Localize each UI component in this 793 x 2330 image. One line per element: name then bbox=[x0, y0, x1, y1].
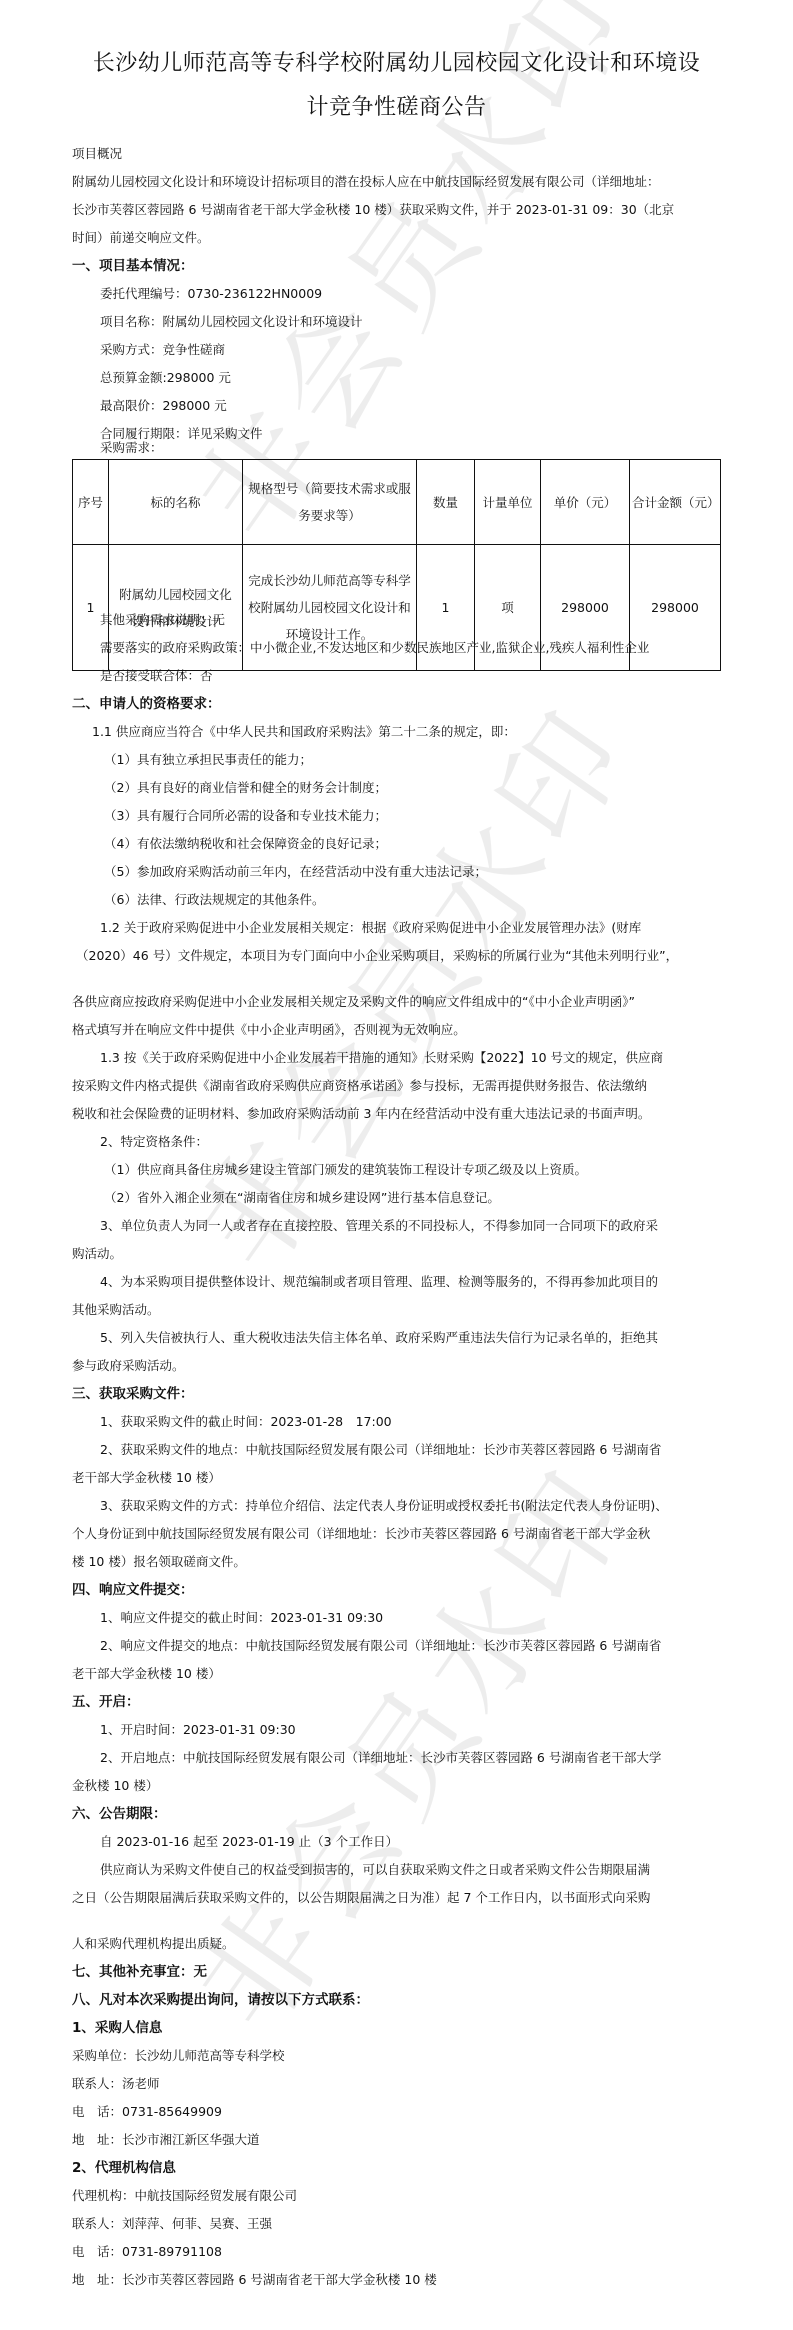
section-heading-4: 四、响应文件提交： bbox=[72, 1582, 722, 1598]
project-name: 项目名称：附属幼儿园校园文化设计和环境设计 bbox=[100, 314, 750, 330]
title-line-1: 长沙幼儿师范高等专科学校附属幼儿园校园文化设计和环境设 bbox=[40, 42, 753, 86]
paragraph: 其他采购活动。 bbox=[72, 1302, 722, 1318]
page-title: 长沙幼儿师范高等专科学校附属幼儿园校园文化设计和环境设 计竞争性磋商公告 bbox=[40, 42, 753, 130]
agency-name: 代理机构：中航技国际经贸发展有限公司 bbox=[72, 2188, 722, 2204]
purchaser-phone: 电 话：0731-85649909 bbox=[72, 2104, 722, 2120]
consortium: 是否接受联合体：否 bbox=[100, 668, 750, 684]
paragraph: 按采购文件内格式提供《湖南省政府采购供应商资格承诺函》参与投标，无需再提供财务报… bbox=[72, 1078, 722, 1094]
table-header-row: 序号 标的名称 规格型号（简要技术需求或服务要求等） 数量 计量单位 单价（元）… bbox=[73, 460, 721, 545]
header-cell: 计量单位 bbox=[475, 460, 541, 545]
section-heading-8: 八、凡对本次采购提出询问，请按以下方式联系： bbox=[72, 1992, 722, 2008]
agency-address: 地 址：长沙市芙蓉区蓉园路 6 号湖南省老干部大学金秋楼 10 楼 bbox=[72, 2272, 722, 2288]
condition-item: （1）具有独立承担民事责任的能力； bbox=[104, 752, 754, 768]
announcement-page: 非会员水印 非会员水印 非会员水印 长沙幼儿师范高等专科学校附属幼儿园校园文化设… bbox=[0, 0, 793, 2330]
overview-label: 项目概况 bbox=[72, 146, 722, 162]
header-cell: 序号 bbox=[73, 460, 109, 545]
condition-item: （6）法律、行政法规规定的其他条件。 bbox=[104, 892, 754, 908]
paragraph: 3、获取采购文件的方式：持单位介绍信、法定代表人身份证明或授权委托书(附法定代表… bbox=[100, 1498, 750, 1514]
paragraph: 2、响应文件提交的地点：中航技国际经贸发展有限公司（详细地址：长沙市芙蓉区蓉园路… bbox=[100, 1638, 750, 1654]
purchaser-address: 地 址：长沙市湘江新区华强大道 bbox=[72, 2132, 722, 2148]
section-heading-3: 三、获取采购文件： bbox=[72, 1386, 722, 1402]
overview-line: 长沙市芙蓉区蓉园路 6 号湖南省老干部大学金秋楼 10 楼）获取采购文件，并于 … bbox=[72, 202, 722, 218]
agency-contact: 联系人：刘萍萍、何菲、吴赛、王强 bbox=[72, 2216, 722, 2232]
announcement-period: 自 2023-01-16 起至 2023-01-19 止（3 个工作日） bbox=[100, 1834, 750, 1850]
section-heading-1: 一、项目基本情况： bbox=[72, 258, 722, 274]
procurement-method: 采购方式：竞争性磋商 bbox=[100, 342, 750, 358]
qualification-item: （2）省外入湘企业须在“湖南省住房和城乡建设网”进行基本信息登记。 bbox=[104, 1190, 754, 1206]
paragraph: 各供应商应按政府采购促进中小企业发展相关规定及采购文件的响应文件组成中的“《中小… bbox=[72, 994, 722, 1010]
header-cell: 合计金额（元） bbox=[630, 460, 721, 545]
paragraph: 1.1 供应商应当符合《中华人民共和国政府采购法》第二十二条的规定，即： bbox=[92, 724, 742, 740]
paragraph: 1、获取采购文件的截止时间：2023-01-28 17:00 bbox=[100, 1414, 750, 1430]
paragraph: 老干部大学金秋楼 10 楼） bbox=[72, 1666, 722, 1682]
section-heading-5: 五、开启： bbox=[72, 1694, 722, 1710]
paragraph: 个人身份证到中航技国际经贸发展有限公司（详细地址：长沙市芙蓉区蓉园路 6 号湖南… bbox=[72, 1526, 722, 1542]
paragraph: 格式填写并在响应文件中提供《中小企业声明函》，否则视为无效响应。 bbox=[72, 1022, 722, 1038]
header-cell: 规格型号（简要技术需求或服务要求等） bbox=[243, 460, 417, 545]
header-cell: 单价（元） bbox=[541, 460, 630, 545]
paragraph: 人和采购代理机构提出质疑。 bbox=[72, 1936, 722, 1952]
overview-line: 时间）前递交响应文件。 bbox=[72, 230, 722, 246]
condition-item: （3）具有履行合同所必需的设备和专业技术能力； bbox=[104, 808, 754, 824]
condition-item: （4）有依法缴纳税收和社会保障资金的良好记录； bbox=[104, 836, 754, 852]
paragraph: 金秋楼 10 楼） bbox=[72, 1778, 722, 1794]
other-requirements: 其他采购需求说明：无 bbox=[100, 612, 750, 628]
paragraph: 1.2 关于政府采购促进中小企业发展相关规定：根据《政府采购促进中小企业发展管理… bbox=[100, 920, 750, 936]
paragraph: 4、为本采购项目提供整体设计、规范编制或者项目管理、监理、检测等服务的，不得再参… bbox=[100, 1274, 750, 1290]
paragraph: 之日（公告期限届满后获取采购文件的，以公告期限届满之日为准）起 7 个工作日内，… bbox=[72, 1890, 722, 1906]
agency-phone: 电 话：0731-89791108 bbox=[72, 2244, 722, 2260]
paragraph: 税收和社会保险费的证明材料、参加政府采购活动前 3 年内在经营活动中没有重大违法… bbox=[72, 1106, 722, 1122]
paragraph: 供应商认为采购文件使自己的权益受到损害的，可以自获取采购文件之日或者采购文件公告… bbox=[100, 1862, 750, 1878]
max-price: 最高限价：298000 元 bbox=[100, 398, 750, 414]
paragraph: 3、单位负责人为同一人或者存在直接控股、管理关系的不同投标人，不得参加同一合同项… bbox=[100, 1218, 750, 1234]
paragraph: 购活动。 bbox=[72, 1246, 722, 1262]
paragraph: 5、列入失信被执行人、重大税收违法失信主体名单、政府采购严重违法失信行为记录名单… bbox=[100, 1330, 750, 1346]
agency-code: 委托代理编号：0730-236122HN0009 bbox=[100, 286, 750, 302]
overview-line: 附属幼儿园校园文化设计和环境设计招标项目的潜在投标人应在中航技国际经贸发展有限公… bbox=[72, 174, 722, 190]
purchaser-contact: 联系人：汤老师 bbox=[72, 2076, 722, 2092]
paragraph: （2020）46 号）文件规定，本项目为专门面向中小企业采购项目，采购标的所属行… bbox=[76, 948, 726, 964]
paragraph: 1.3 按《关于政府采购促进中小企业发展若干措施的通知》长财采购【2022】10… bbox=[100, 1050, 750, 1066]
paragraph: 2、特定资格条件： bbox=[100, 1134, 750, 1150]
paragraph: 2、获取采购文件的地点：中航技国际经贸发展有限公司（详细地址：长沙市芙蓉区蓉园路… bbox=[100, 1442, 750, 1458]
section-heading-2: 二、申请人的资格要求： bbox=[72, 696, 722, 712]
requirements-label: 采购需求： bbox=[100, 440, 750, 456]
condition-item: （5）参加政府采购活动前三年内，在经营活动中没有重大违法记录； bbox=[104, 864, 754, 880]
paragraph: 老干部大学金秋楼 10 楼） bbox=[72, 1470, 722, 1486]
section-heading-7: 七、其他补充事宜：无 bbox=[72, 1964, 722, 1980]
paragraph: 1、开启时间：2023-01-31 09:30 bbox=[100, 1722, 750, 1738]
header-cell: 数量 bbox=[417, 460, 475, 545]
header-cell: 标的名称 bbox=[109, 460, 243, 545]
paragraph: 参与政府采购活动。 bbox=[72, 1358, 722, 1374]
title-line-2: 计竞争性磋商公告 bbox=[40, 86, 753, 130]
purchaser-heading: 1、采购人信息 bbox=[72, 2020, 722, 2036]
section-heading-6: 六、公告期限： bbox=[72, 1806, 722, 1822]
policy: 需要落实的政府采购政策：中小微企业,不发达地区和少数民族地区产业,监狱企业,残疾… bbox=[100, 640, 750, 656]
condition-item: （2）具有良好的商业信誉和健全的财务会计制度； bbox=[104, 780, 754, 796]
paragraph: 1、响应文件提交的截止时间：2023-01-31 09:30 bbox=[100, 1610, 750, 1626]
paragraph: 楼 10 楼）报名领取磋商文件。 bbox=[72, 1554, 722, 1570]
agency-heading: 2、代理机构信息 bbox=[72, 2160, 722, 2176]
paragraph: 2、开启地点：中航技国际经贸发展有限公司（详细地址：长沙市芙蓉区蓉园路 6 号湖… bbox=[100, 1750, 750, 1766]
purchaser-unit: 采购单位：长沙幼儿师范高等专科学校 bbox=[72, 2048, 722, 2064]
total-budget: 总预算金额:298000 元 bbox=[100, 370, 750, 386]
qualification-item: （1）供应商具备住房城乡建设主管部门颁发的建筑装饰工程设计专项乙级及以上资质。 bbox=[104, 1162, 754, 1178]
